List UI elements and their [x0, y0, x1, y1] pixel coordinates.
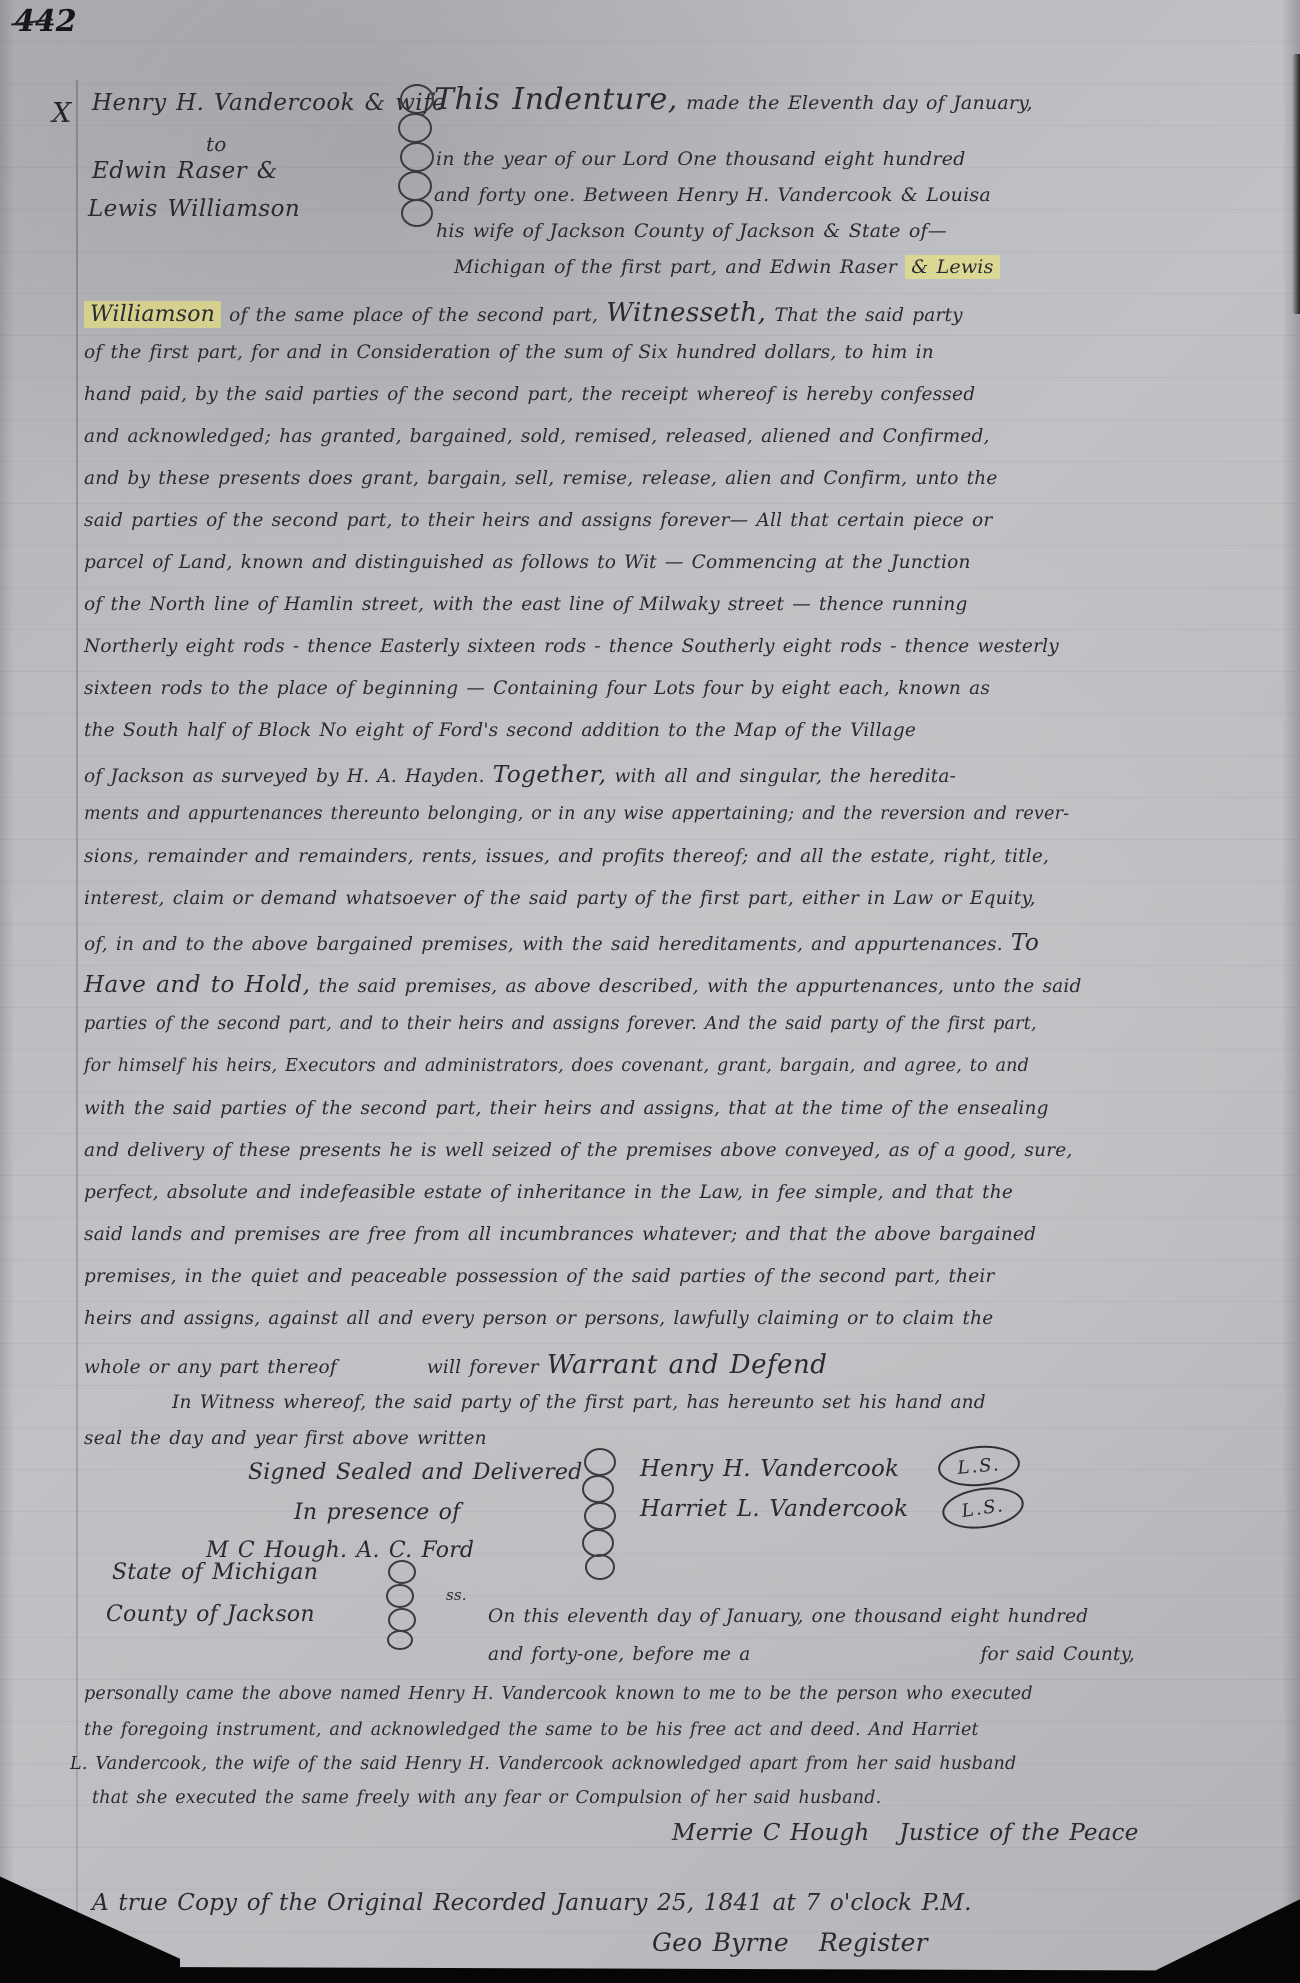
body-line-32: In Witness whereof, the said party of th… [172, 1392, 986, 1413]
have-and-to-hold-words: Have and to Hold, [84, 972, 310, 998]
body-line-20: interest, claim or demand whatsoever of … [84, 888, 1036, 909]
body-line-6: Williamson of the same place of the seco… [84, 298, 963, 328]
seal-ls-2: L.S. [940, 1482, 1027, 1533]
caption-to: to [206, 132, 226, 156]
ack-line-2b: for said County, [980, 1644, 1135, 1665]
body-line-23: parties of the second part, and to their… [84, 1014, 1037, 1034]
witness-brace-coil [578, 1446, 622, 1580]
county-of-jackson: County of Jackson [106, 1602, 315, 1627]
justice-signature: Merrie C HoughJustice of the Peace [672, 1820, 1139, 1846]
body-line-18: ments and appurtenances thereunto belong… [84, 804, 1069, 824]
body-line-33: seal the day and year first above writte… [84, 1428, 487, 1449]
deed-record-page: 442 X Henry H. Vandercook & wife to Edwi… [0, 0, 1300, 1983]
true-copy-certification: A true Copy of the Original Recorded Jan… [92, 1890, 972, 1916]
body-line-22: Have and to Hold, the said premises, as … [84, 972, 1082, 998]
opening-line-4: his wife of Jackson County of Jackson & … [436, 220, 947, 242]
body-line-11: said parties of the second part, to thei… [84, 510, 992, 531]
opening-line-2: in the year of our Lord One thousand eig… [436, 148, 966, 170]
ack-line-2a: and forty-one, before me a [488, 1644, 750, 1665]
body-line-15: sixteen rods to the place of beginning —… [84, 678, 990, 699]
bottom-left-scan-corner [0, 1862, 180, 1983]
to-word: To [1011, 930, 1039, 956]
caption-grantee1: Edwin Raser & [92, 158, 278, 184]
caption-grantee2: Lewis Williamson [88, 196, 300, 222]
ack-line-5: L. Vandercook, the wife of the said Henr… [70, 1754, 1016, 1774]
together-word: Together, [493, 762, 607, 788]
body-line-27: perfect, absolute and indefeasible estat… [84, 1182, 1013, 1203]
body-line-31: whole or any part thereofwill forever Wa… [84, 1350, 827, 1380]
signature-harriet-vandercook: Harriet L. Vandercook [640, 1496, 908, 1522]
left-edge-shadow [0, 0, 14, 1983]
x-mark: X [52, 98, 71, 129]
ack-line-2: and forty-one, before me afor said Count… [488, 1644, 1135, 1665]
bottom-right-scan-corner [1130, 1892, 1300, 1983]
top-right-page-edge [1292, 54, 1300, 314]
body-line-22-rest: the said premises, as above described, w… [310, 976, 1081, 997]
signed-sealed-delivered: Signed Sealed and Delivered [248, 1460, 582, 1485]
register-title: Register [819, 1928, 928, 1957]
body-line-28: said lands and premises are free from al… [84, 1224, 1036, 1245]
body-line-12: parcel of Land, known and distinguished … [84, 552, 971, 573]
bottom-scan-band [0, 1961, 1300, 1983]
body-line-19: sions, remainder and remainders, rents, … [84, 846, 1049, 867]
ack-line-1: On this eleventh day of January, one tho… [488, 1606, 1088, 1627]
this-indenture-words: This Indenture, [434, 82, 678, 117]
caption-grantor: Henry H. Vandercook & wife [92, 90, 446, 116]
opening-line-1: This Indenture, made the Eleventh day of… [434, 82, 1033, 117]
body-line-6a: of the same place of the second part, [221, 305, 606, 326]
body-line-21: of, in and to the above bargained premis… [84, 930, 1039, 956]
margin-rule-line [76, 80, 78, 1942]
body-line-6b: That the said party [766, 305, 962, 326]
register-name: Geo Byrne [652, 1928, 789, 1957]
ack-line-4: the foregoing instrument, and acknowledg… [84, 1720, 979, 1740]
body-line-13: of the North line of Hamlin street, with… [84, 594, 967, 615]
body-line-9: and acknowledged; has granted, bargained… [84, 426, 990, 447]
body-line-29: premises, in the quiet and peaceable pos… [84, 1266, 995, 1287]
body-line-7: of the first part, for and in Considerat… [84, 342, 934, 363]
ack-line-6: that she executed the same freely with a… [92, 1788, 881, 1808]
body-line-16: the South half of Block No eight of Ford… [84, 720, 916, 741]
body-line-10: and by these presents does grant, bargai… [84, 468, 998, 489]
body-line-30: heirs and assigns, against all and every… [84, 1308, 993, 1329]
justice-name: Merrie C Hough [672, 1820, 869, 1846]
highlighted-lewis: & Lewis [905, 255, 999, 279]
witnesseth-word: Witnesseth, [606, 298, 766, 328]
state-brace-coil [382, 1558, 422, 1650]
body-line-26: and delivery of these presents he is wel… [84, 1140, 1073, 1161]
ss-label: ss. [446, 1586, 467, 1604]
body-line-14: Northerly eight rods - thence Easterly s… [84, 636, 1059, 657]
highlighted-williamson: Williamson [84, 301, 221, 328]
opening-line-1-rest: made the Eleventh day of January, [678, 92, 1033, 114]
body-line-31b: will forever [427, 1357, 547, 1378]
opening-line-5: Michigan of the first part, and Edwin Ra… [454, 256, 1000, 278]
page-number: 442 [14, 4, 77, 39]
seal-ls-1: L.S. [936, 1443, 1021, 1490]
body-line-17b: with all and singular, the heredita- [606, 766, 956, 787]
signature-henry-vandercook: Henry H. Vandercook [640, 1456, 899, 1482]
body-line-31a: whole or any part thereof [84, 1357, 337, 1378]
register-signature: Geo ByrneRegister [652, 1928, 928, 1957]
justice-title: Justice of the Peace [899, 1820, 1138, 1846]
body-line-8: hand paid, by the said parties of the se… [84, 384, 975, 405]
body-line-25: with the said parties of the second part… [84, 1098, 1049, 1119]
body-line-17: of Jackson as surveyed by H. A. Hayden. … [84, 762, 956, 788]
in-presence-of: In presence of [294, 1500, 460, 1525]
warrant-and-defend-words: Warrant and Defend [547, 1350, 828, 1380]
body-line-17a: of Jackson as surveyed by H. A. Hayden. [84, 766, 493, 787]
opening-line-5-text: Michigan of the first part, and Edwin Ra… [454, 256, 905, 278]
ack-line-3: personally came the above named Henry H.… [84, 1684, 1033, 1704]
body-line-21a: of, in and to the above bargained premis… [84, 934, 1011, 955]
opening-line-3: and forty one. Between Henry H. Vanderco… [434, 184, 991, 206]
state-of-michigan: State of Michigan [112, 1560, 318, 1585]
body-line-24: for himself his heirs, Executors and adm… [84, 1056, 1029, 1076]
